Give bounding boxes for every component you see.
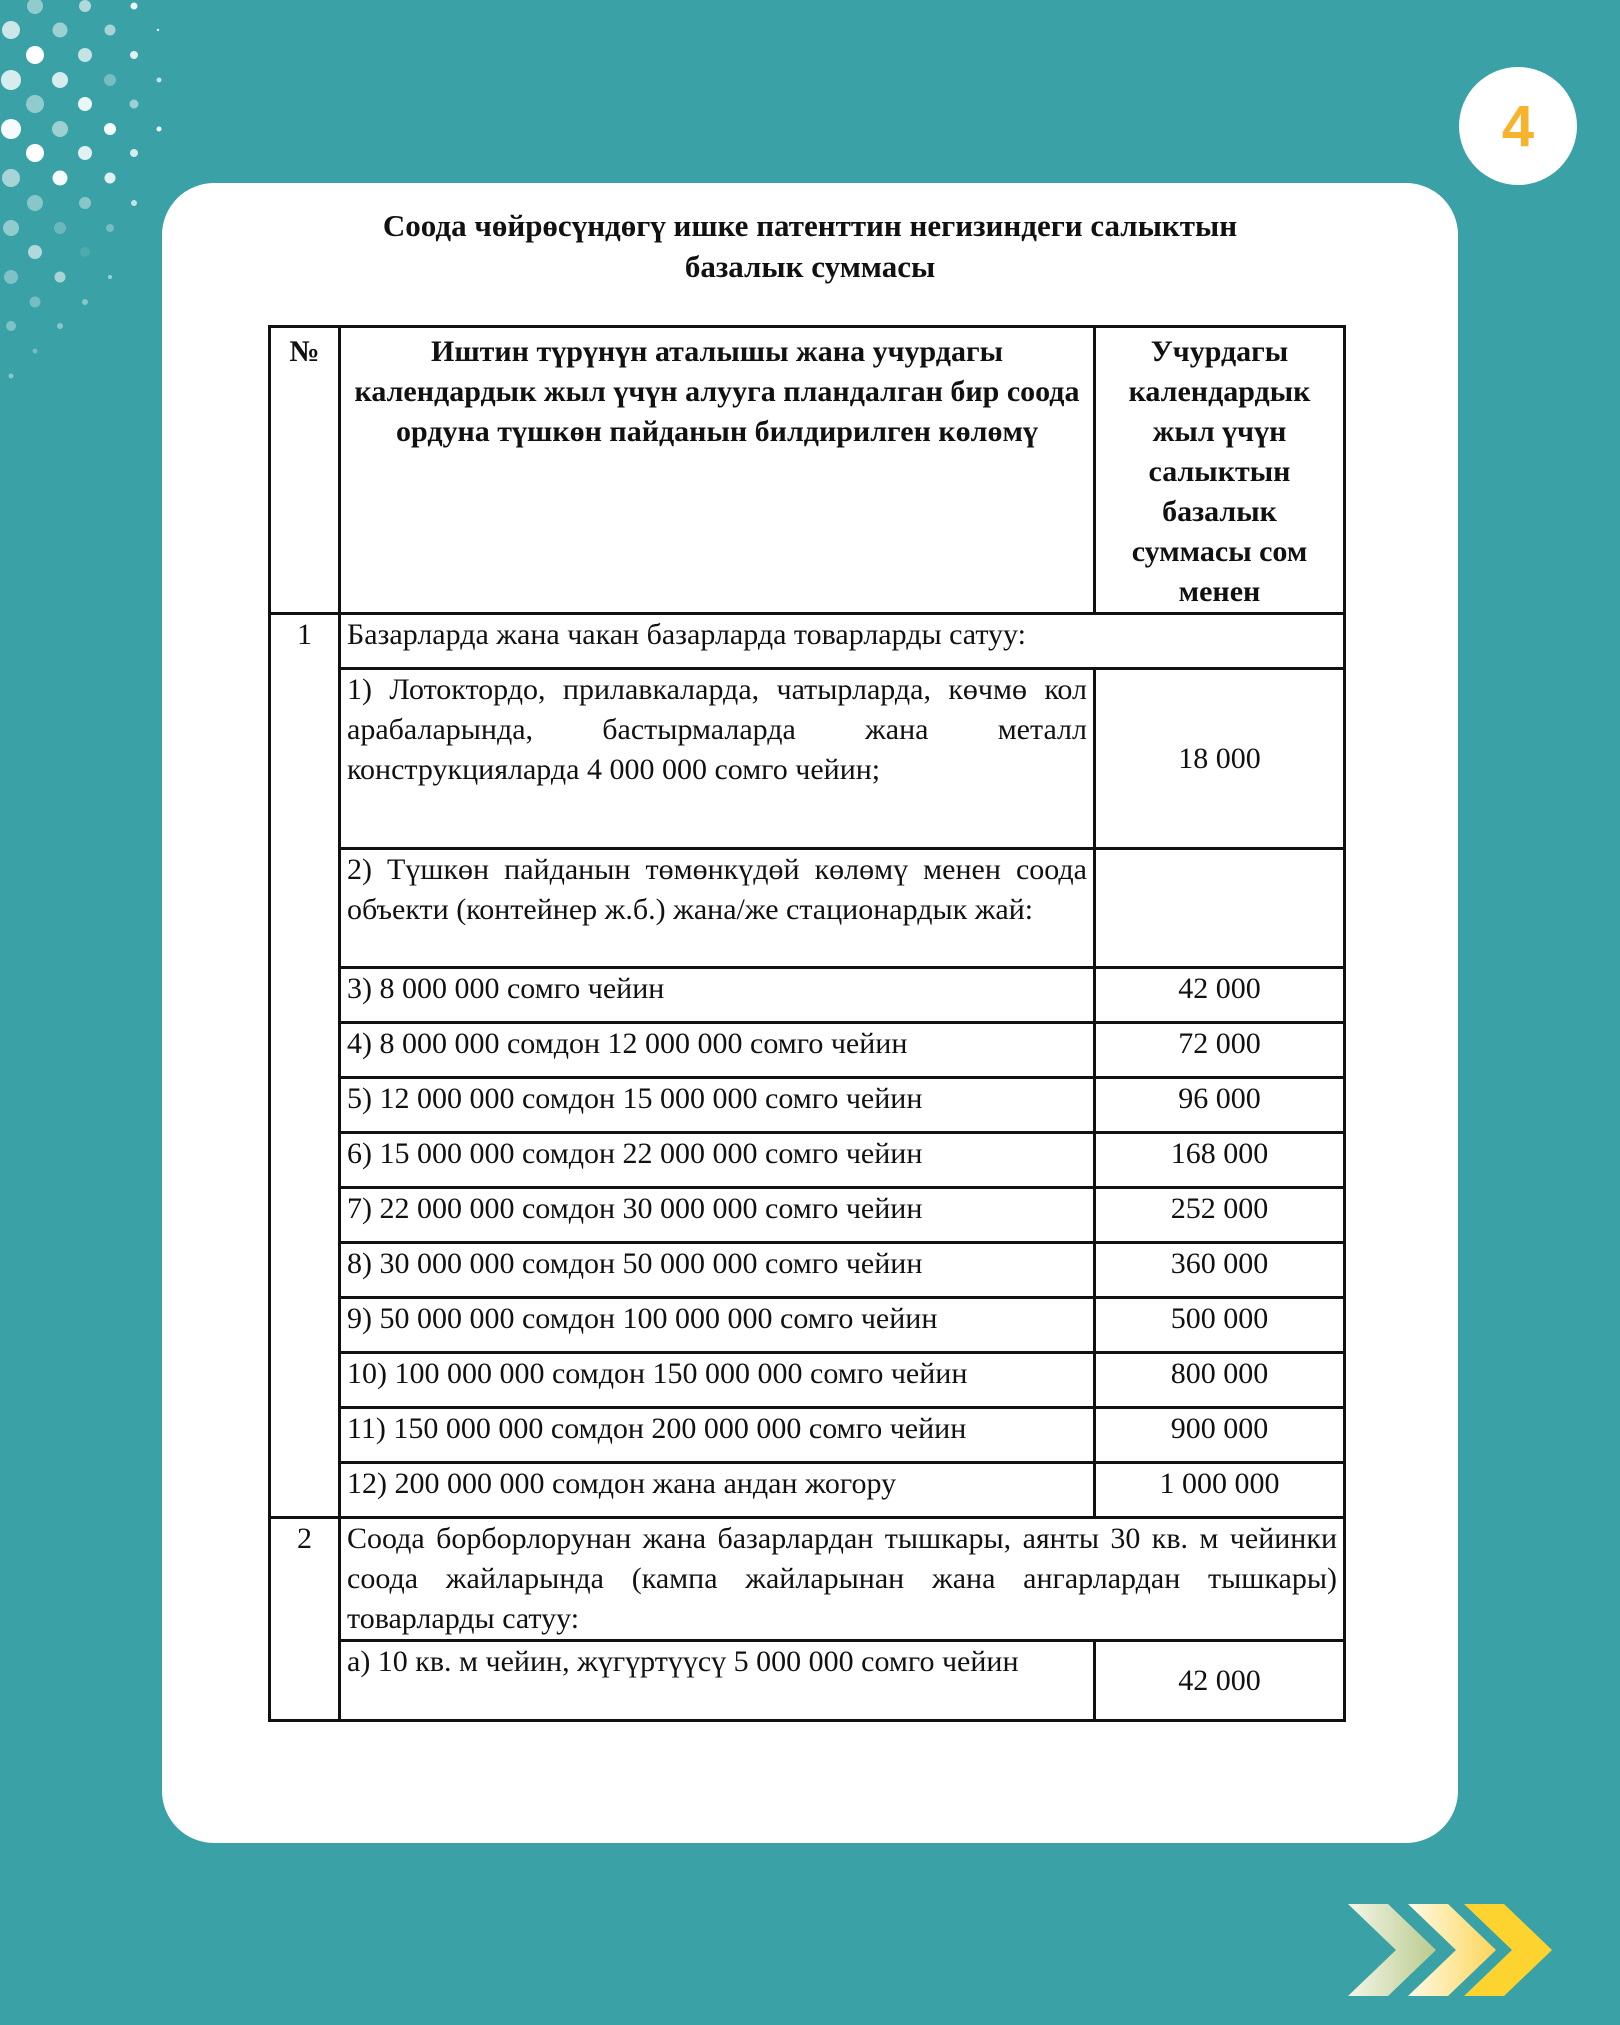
header-no: № — [270, 327, 340, 614]
row-description: 8) 30 000 000 сомдон 50 000 000 сомго че… — [340, 1243, 1095, 1298]
row-amount: 800 000 — [1095, 1353, 1345, 1408]
table-row: 2) Түшкөн пайданын төмөнкүдөй көлөмү мен… — [270, 849, 1345, 968]
row-amount: 252 000 — [1095, 1188, 1345, 1243]
row-amount: 500 000 — [1095, 1298, 1345, 1353]
row-amount: 168 000 — [1095, 1133, 1345, 1188]
row-amount: 42 000 — [1095, 1641, 1345, 1721]
section-row: 2 Соода борборлорунан жана базарлардан т… — [270, 1518, 1345, 1641]
row-description: 2) Түшкөн пайданын төмөнкүдөй көлөмү мен… — [340, 849, 1095, 968]
table-row: 1) Лотоктордо, прилавкаларда, чатырларда… — [270, 669, 1345, 849]
row-amount: 900 000 — [1095, 1408, 1345, 1463]
table-row: 11) 150 000 000 сомдон 200 000 000 сомго… — [270, 1408, 1345, 1463]
table-row: 7) 22 000 000 сомдон 30 000 000 сомго че… — [270, 1188, 1345, 1243]
row-description: 7) 22 000 000 сомдон 30 000 000 сомго че… — [340, 1188, 1095, 1243]
page-number-badge: 4 — [1459, 67, 1577, 185]
row-amount: 42 000 — [1095, 968, 1345, 1023]
document-card: Соода чөйрөсүндөгү ишке патенттин негизи… — [162, 183, 1458, 1843]
section-row: 1 Базарларда жана чакан базарларда товар… — [270, 614, 1345, 669]
tax-rate-table: № Иштин түрүнүн аталышы жана учурдагы ка… — [268, 325, 1346, 1722]
row-description: 12) 200 000 000 сомдон жана андан жогору — [340, 1463, 1095, 1518]
title-line-1: Соода чөйрөсүндөгү ишке патенттин негизи… — [162, 205, 1458, 246]
row-description: 10) 100 000 000 сомдон 150 000 000 сомго… — [340, 1353, 1095, 1408]
row-description: а) 10 кв. м чейин, жүгүртүүсү 5 000 000 … — [340, 1641, 1095, 1721]
row-amount: 72 000 — [1095, 1023, 1345, 1078]
section-title: Базарларда жана чакан базарларда товарла… — [340, 614, 1345, 669]
document-title: Соода чөйрөсүндөгү ишке патенттин негизи… — [162, 205, 1458, 287]
title-line-2: базалык суммасы — [162, 246, 1458, 287]
page-number: 4 — [1502, 93, 1534, 160]
row-amount: 18 000 — [1095, 669, 1345, 849]
row-description: 11) 150 000 000 сомдон 200 000 000 сомго… — [340, 1408, 1095, 1463]
table-row: 12) 200 000 000 сомдон жана андан жогору… — [270, 1463, 1345, 1518]
table-row: а) 10 кв. м чейин, жүгүртүүсү 5 000 000 … — [270, 1641, 1345, 1721]
row-description: 3) 8 000 000 сомго чейин — [340, 968, 1095, 1023]
table-row: 3) 8 000 000 сомго чейин 42 000 — [270, 968, 1345, 1023]
header-amount: Учурдагы календардык жыл үчүн салыктын б… — [1095, 327, 1345, 614]
row-description: 6) 15 000 000 сомдон 22 000 000 сомго че… — [340, 1133, 1095, 1188]
header-description: Иштин түрүнүн аталышы жана учурдагы кале… — [340, 327, 1095, 614]
table-header-row: № Иштин түрүнүн аталышы жана учурдагы ка… — [270, 327, 1345, 614]
row-amount: 1 000 000 — [1095, 1463, 1345, 1518]
row-amount: 96 000 — [1095, 1078, 1345, 1133]
decorative-dots-pattern — [0, 0, 180, 400]
section-number: 1 — [270, 614, 340, 1518]
row-description: 5) 12 000 000 сомдон 15 000 000 сомго че… — [340, 1078, 1095, 1133]
row-description: 4) 8 000 000 сомдон 12 000 000 сомго чей… — [340, 1023, 1095, 1078]
table-row: 5) 12 000 000 сомдон 15 000 000 сомго че… — [270, 1078, 1345, 1133]
row-amount — [1095, 849, 1345, 968]
table-row: 8) 30 000 000 сомдон 50 000 000 сомго че… — [270, 1243, 1345, 1298]
row-description: 9) 50 000 000 сомдон 100 000 000 сомго ч… — [340, 1298, 1095, 1353]
section-title: Соода борборлорунан жана базарлардан тыш… — [340, 1518, 1345, 1641]
section-number: 2 — [270, 1518, 340, 1721]
row-amount: 360 000 — [1095, 1243, 1345, 1298]
table-row: 9) 50 000 000 сомдон 100 000 000 сомго ч… — [270, 1298, 1345, 1353]
next-arrows-icon — [1348, 1898, 1558, 1998]
table-row: 6) 15 000 000 сомдон 22 000 000 сомго че… — [270, 1133, 1345, 1188]
table-row: 10) 100 000 000 сомдон 150 000 000 сомго… — [270, 1353, 1345, 1408]
row-description: 1) Лотоктордо, прилавкаларда, чатырларда… — [340, 669, 1095, 849]
table-row: 4) 8 000 000 сомдон 12 000 000 сомго чей… — [270, 1023, 1345, 1078]
